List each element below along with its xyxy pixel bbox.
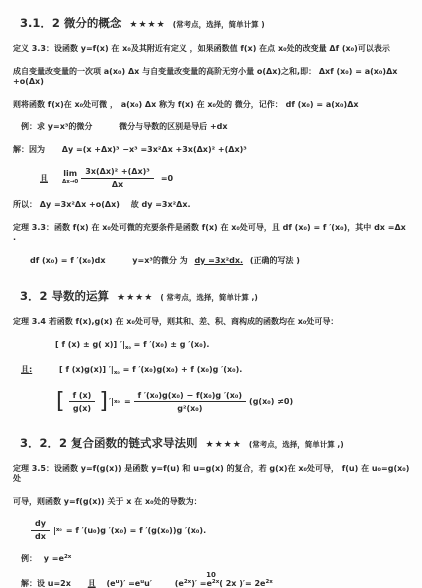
quotient-rule-formula: [ f (x) g(x) ] ′|x₀ = f ′(x₀)g(x₀) − f(x… xyxy=(55,391,410,413)
eu-deriv-lhs: (e xyxy=(107,579,116,588)
section1-note: (常考点，选择，简单计算 ) xyxy=(173,20,265,29)
product-rule-rhs: = f ′(x₀)g(x₀) + f (x₀)g ′(x₀). xyxy=(120,365,242,374)
example1-conclusion-line: 所以： Δy =3x²Δx +o(Δx) 故 dy =3x²Δx. xyxy=(13,200,410,211)
quotient-rhs-fraction: f ′(x₀)g(x₀) − f(x₀)g ′(x₀) g²(x₀) xyxy=(134,391,246,413)
e2x-deriv-rhs: ( 2x )′= 2e xyxy=(219,579,265,588)
section-heading-3-1-2: 3.1．2 微分的概念 ★★★★ (常考点，选择，简单计算 ) xyxy=(20,15,410,31)
dydx-denominator: dx xyxy=(35,531,46,542)
theorem-3-3-line1: 定理 3.3：函数 f(x) 在 x₀处可微的充要条件是函数 f(x) 在 x₀… xyxy=(13,223,410,244)
definition-3-3-line2: 成自变量改变量的一次项 a(x₀) Δx 与自变量改变量的高阶无穷小量 o(Δx… xyxy=(13,67,410,88)
e2x-deriv-lhs: (e xyxy=(175,579,184,588)
e2x-deriv-mid: )′ =e xyxy=(191,579,212,588)
quotient-rhs-numerator: f ′(x₀)g(x₀) − f(x₀)g ′(x₀) xyxy=(134,391,246,403)
limit-result: =0 xyxy=(161,174,173,183)
cube-differential-label: y=x³的微分 为 xyxy=(132,256,187,265)
limit-fraction: 3x(Δx)² +(Δx)³ Δx xyxy=(81,167,154,189)
chain-eval-subscript: x₀ xyxy=(56,527,62,533)
quotient-lhs-numerator: f (x) xyxy=(69,391,96,403)
example2-function: y =e xyxy=(44,554,64,563)
delta-y-expansion-formula: Δy =(x +Δx)³ −x³ =3x²Δx +3x(Δx)² +(Δx)³ xyxy=(62,145,247,154)
page-number: 10 xyxy=(0,571,422,579)
sum-rule-rhs: = f ′(x₀) ± g ′(x₀). xyxy=(131,340,210,349)
product-rule-lhs: [ f (x)g(x)] ′| xyxy=(59,365,114,374)
section-heading-3-2-2: 3．2．2 复合函数的链式求导法则 ★★★★ (常考点，选择，简单计算 ,) xyxy=(20,435,410,451)
and-label-3: 且 xyxy=(88,579,96,588)
solution-label: 解：因为 xyxy=(13,145,45,154)
dydx-numerator: dy xyxy=(31,519,50,531)
correct-differential: dy =3x²dx. xyxy=(194,256,243,265)
dydx-fraction: dy dx xyxy=(31,519,50,541)
example2-line: 例： y =e2x xyxy=(21,552,410,565)
quotient-lhs-denominator: g(x) xyxy=(73,402,91,413)
section2-stars: ★★★★ xyxy=(117,293,153,303)
section2-title: 3．2 导数的运算 xyxy=(20,289,109,303)
example1-prompt: 例：求 y=x³的微分 xyxy=(21,122,92,131)
example2-solution-setup: 解：设 u=2x xyxy=(21,579,71,588)
sum-rule-formula: [ f (x) ± g( x)] ′|x₀ = f ′(x₀) ± g ′(x₀… xyxy=(55,340,410,354)
differential-formula: df (x₀) = f ′(x₀)dx xyxy=(30,256,105,265)
section3-stars: ★★★★ xyxy=(206,440,242,450)
and-label-2: 且: xyxy=(21,365,32,374)
conclusion-part2: 故 dy =3x²Δx. xyxy=(131,200,191,209)
conclusion-part1: 所以： Δy =3x²Δx +o(Δx) xyxy=(13,200,120,209)
section2-note: ( 常考点，选择，简单计算 ,) xyxy=(160,293,257,302)
limit-denominator: Δx xyxy=(112,179,123,190)
section3-title: 3．2．2 复合函数的链式求导法则 xyxy=(20,436,198,450)
limit-operator: lim Δx→0 xyxy=(62,170,78,186)
eu-deriv-rhs: u′ xyxy=(144,579,152,588)
and-label: 且 xyxy=(40,173,48,184)
theorem-3-5-line1: 定理 3.5：设函数 y=f(g(x)) 是函数 y=f(u) 和 u=g(x)… xyxy=(13,464,410,485)
chain-rule-rhs: = f ′(u₀)g ′(x₀) = f ′(g(x₀))g ′(x₀). xyxy=(66,526,206,535)
e2x-exp3: 2x xyxy=(265,579,272,585)
document-page: 3.1．2 微分的概念 ★★★★ (常考点，选择，简单计算 ) 定义 3.3：设… xyxy=(0,0,422,588)
right-bracket: ] xyxy=(99,391,108,413)
quotient-eval-subscript: x₀ xyxy=(114,399,120,405)
eu-deriv-mid: )′ =e xyxy=(120,579,141,588)
correct-note: (正确的写法 ) xyxy=(250,256,300,265)
example2-label: 例： xyxy=(21,554,37,563)
chain-rule-formula: dy dx |x₀ = f ′(u₀)g ′(x₀) = f ′(g(x₀))g… xyxy=(28,519,410,541)
theorem-3-3-line2: df (x₀) = f ′(x₀)dx y=x³的微分 为 dy =3x²dx.… xyxy=(30,256,410,267)
product-rule-line: 且: [ f (x)g(x)] ′|x₀ = f ′(x₀)g(x₀) + f … xyxy=(21,365,410,379)
example1-solution-line: 解：因为 Δy =(x +Δx)³ −x³ =3x²Δx +3x(Δx)² +(… xyxy=(13,145,410,156)
left-bracket: [ xyxy=(56,391,65,413)
quotient-rhs-denominator: g²(x₀) xyxy=(177,402,202,413)
section1-title: 3.1．2 微分的概念 xyxy=(20,16,121,30)
quotient-equals: = xyxy=(124,397,131,406)
limit-numerator: 3x(Δx)² +(Δx)³ xyxy=(81,167,154,179)
lim-symbol: lim xyxy=(63,170,77,178)
definition-3-3-line3: 则将函数 f(x)在 x₀处可微 ， a(x₀) Δx 称为 f(x) 在 x₀… xyxy=(13,100,410,111)
example1-line: 例：求 y=x³的微分 微分与导数的区别是导后 +dx xyxy=(21,122,410,133)
section-heading-3-2: 3．2 导数的运算 ★★★★ ( 常考点，选择，简单计算 ,) xyxy=(20,288,410,304)
example1-remark: 微分与导数的区别是导后 +dx xyxy=(119,122,227,131)
definition-3-3-line1: 定义 3.3：设函数 y=f(x) 在 x₀及其附近有定义 ，如果函数值 f(x… xyxy=(13,44,410,55)
section3-note: (常考点，选择，简单计算 ,) xyxy=(249,440,344,449)
sum-rule-lhs: [ f (x) ± g( x)] ′| xyxy=(55,340,125,349)
lim-subscript: Δx→0 xyxy=(62,178,78,186)
quotient-condition: (g(x₀) ≠0) xyxy=(249,397,293,406)
theorem-3-4-line1: 定理 3.4 若函数 f(x),g(x) 在 x₀处可导，则其和、差、积、商构成… xyxy=(13,317,410,328)
limit-formula-row: 且 lim Δx→0 3x(Δx)² +(Δx)³ Δx =0 xyxy=(40,167,410,189)
theorem-3-5-line2: 可导，则函数 y=f(g(x)) 关于 x 在 x₀处的导数为： xyxy=(13,497,410,508)
section1-stars: ★★★★ xyxy=(129,20,165,30)
quotient-lhs-fraction: f (x) g(x) xyxy=(69,391,96,413)
example2-exponent: 2x xyxy=(64,554,71,560)
